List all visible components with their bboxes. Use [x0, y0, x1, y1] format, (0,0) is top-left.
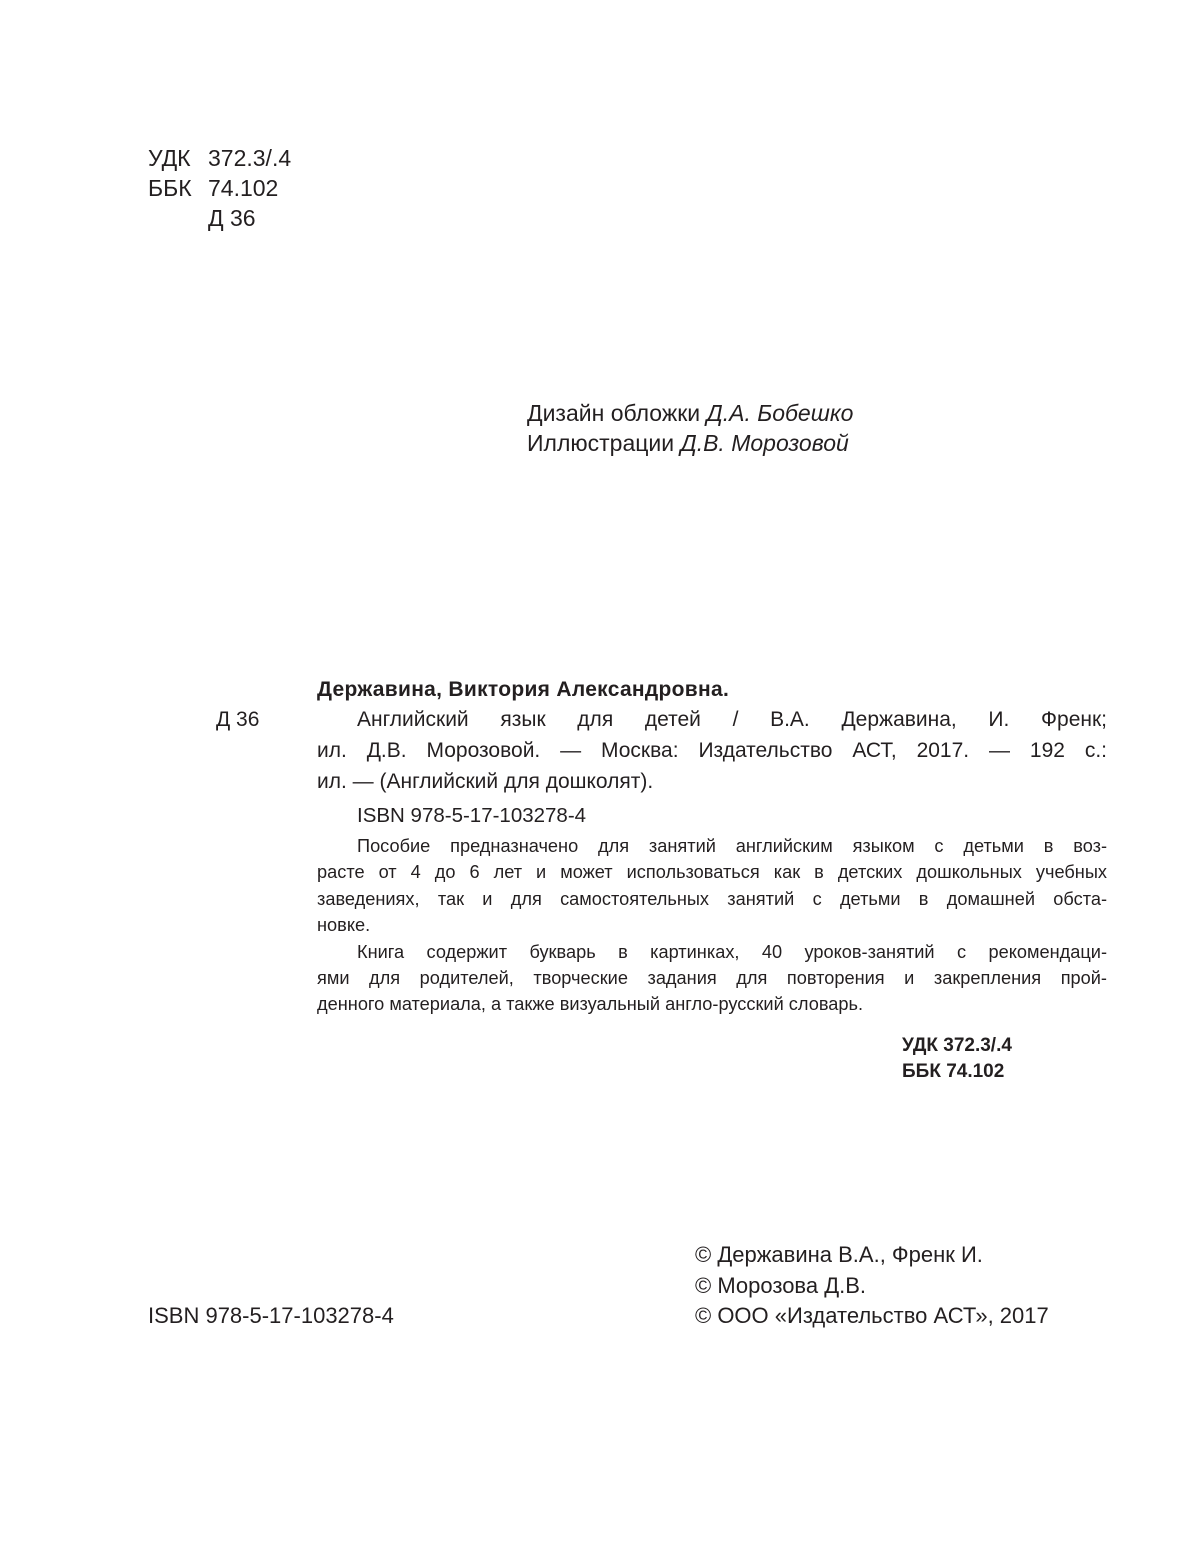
illustrations-label: Иллюстрации — [527, 430, 674, 456]
abstract-line: денного материала, а также визуальный ан… — [317, 991, 1107, 1017]
bbk-value: 74.102 — [208, 173, 278, 203]
bbk-label: ББК — [148, 173, 208, 203]
copyright-notices: © Державина В.А., Френк И. © Морозова Д.… — [695, 1240, 1049, 1332]
abstract-line: Пособие предназначено для занятий англий… — [317, 833, 1107, 859]
record-isbn: ISBN 978-5-17-103278-4 — [317, 801, 1107, 831]
title-description: Английский язык для детей / В.А. Держави… — [317, 704, 1107, 797]
cover-design-label: Дизайн обложки — [527, 400, 700, 426]
author-mark-record: Д 36 — [216, 705, 259, 735]
abstract-paragraph-2: Книга содержит букварь в картинках, 40 у… — [317, 939, 1107, 1018]
illustrations-credit: Иллюстрации Д.В. Морозовой — [527, 428, 853, 458]
title-line: ил. — (Английский для дошколят). — [317, 766, 1107, 797]
bibliographic-record: Державина, Виктория Александровна. Англи… — [317, 677, 1107, 1018]
abstract-line: ями для родителей, творческие задания дл… — [317, 965, 1107, 991]
abstract-line: Книга содержит букварь в картинках, 40 у… — [317, 939, 1107, 965]
udk-label: УДК — [148, 143, 208, 173]
credits: Дизайн обложки Д.А. Бобешко Иллюстрации … — [527, 398, 853, 458]
bbk-bottom: ББК 74.102 — [902, 1059, 1012, 1085]
copyright-line: © ООО «Издательство АСТ», 2017 — [695, 1301, 1049, 1332]
abstract-line: расте от 4 до 6 лет и может использовать… — [317, 859, 1107, 885]
title-line: Английский язык для детей / В.А. Держави… — [317, 704, 1107, 735]
classification-codes-bottom: УДК 372.3/.4 ББК 74.102 — [902, 1033, 1012, 1085]
illustrator-name: Д.В. Морозовой — [681, 430, 849, 456]
abstract-paragraph-1: Пособие предназначено для занятий англий… — [317, 833, 1107, 939]
author-heading: Державина, Виктория Александровна. — [317, 677, 1107, 703]
footer-isbn: ISBN 978-5-17-103278-4 — [148, 1301, 394, 1331]
abstract-line: новке. — [317, 912, 1107, 938]
udk-value: 372.3/.4 — [208, 143, 291, 173]
cover-designer-name: Д.А. Бобешко — [707, 400, 854, 426]
udk-bottom: УДК 372.3/.4 — [902, 1033, 1012, 1059]
copyright-line: © Морозова Д.В. — [695, 1271, 1049, 1302]
author-mark-top: Д 36 — [148, 203, 291, 233]
abstract-line: заведениях, так и для самостоятельных за… — [317, 886, 1107, 912]
cover-design-credit: Дизайн обложки Д.А. Бобешко — [527, 398, 853, 428]
classification-codes-top: УДК 372.3/.4 ББК 74.102 Д 36 — [148, 143, 291, 233]
copyright-line: © Державина В.А., Френк И. — [695, 1240, 1049, 1271]
title-line: ил. Д.В. Морозовой. — Москва: Издательст… — [317, 735, 1107, 766]
